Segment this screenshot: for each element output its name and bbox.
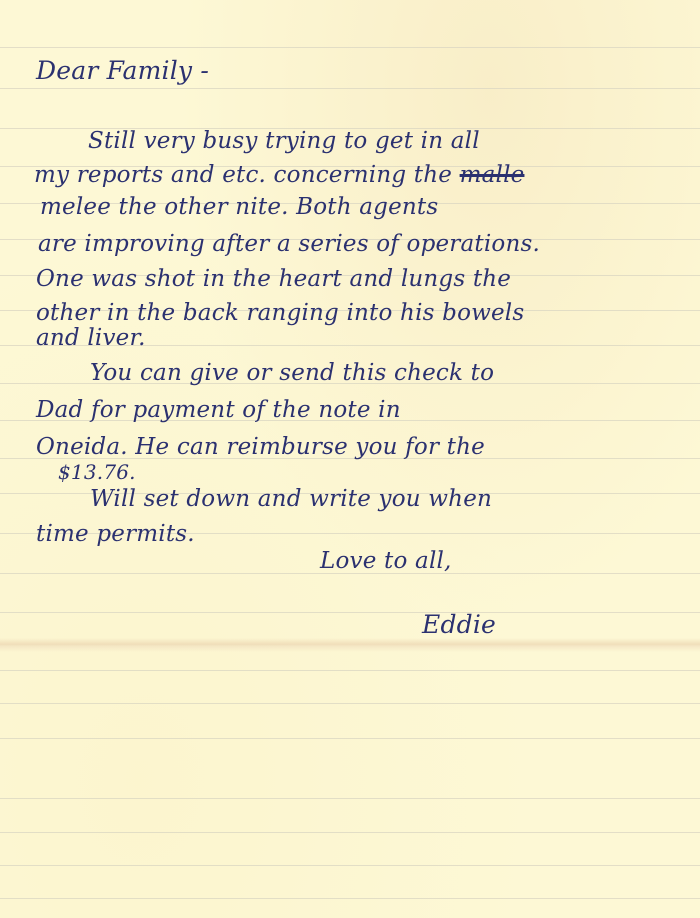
ruled-line bbox=[0, 47, 700, 48]
ruled-line bbox=[0, 88, 700, 89]
letter-line: are improving after a series of operatio… bbox=[38, 231, 540, 257]
closing: Love to all, bbox=[320, 548, 452, 574]
letter-line-text: my reports and etc. concerning the bbox=[34, 162, 452, 188]
letter-line: my reports and etc. concerning the malle bbox=[34, 162, 524, 188]
letter-line: Still very busy trying to get in all bbox=[88, 128, 480, 154]
letter-line: time permits. bbox=[36, 521, 195, 547]
letter-page: Dear Family - Still very busy trying to … bbox=[0, 0, 700, 918]
check-amount: $13.76. bbox=[58, 460, 136, 484]
struck-word: malle bbox=[460, 162, 525, 188]
ruled-line bbox=[0, 670, 700, 671]
letter-line: other in the back ranging into his bowel… bbox=[36, 300, 524, 326]
letter-line: Oneida. He can reimburse you for the bbox=[36, 434, 485, 460]
letter-line: Will set down and write you when bbox=[90, 486, 492, 512]
letter-line: Dad for payment of the note in bbox=[36, 397, 401, 423]
letter-line: You can give or send this check to bbox=[90, 360, 494, 386]
signature: Eddie bbox=[422, 610, 496, 639]
ruled-line bbox=[0, 898, 700, 899]
ruled-line bbox=[0, 612, 700, 613]
letter-line: melee the other nite. Both agents bbox=[40, 194, 438, 220]
letter-line: and liver. bbox=[36, 325, 146, 351]
ruled-line bbox=[0, 865, 700, 866]
ruled-line bbox=[0, 738, 700, 739]
ruled-line bbox=[0, 798, 700, 799]
ruled-line bbox=[0, 703, 700, 704]
paper-fold bbox=[0, 638, 700, 652]
ruled-line bbox=[0, 832, 700, 833]
salutation: Dear Family - bbox=[36, 56, 209, 85]
letter-line: One was shot in the heart and lungs the bbox=[36, 266, 511, 292]
